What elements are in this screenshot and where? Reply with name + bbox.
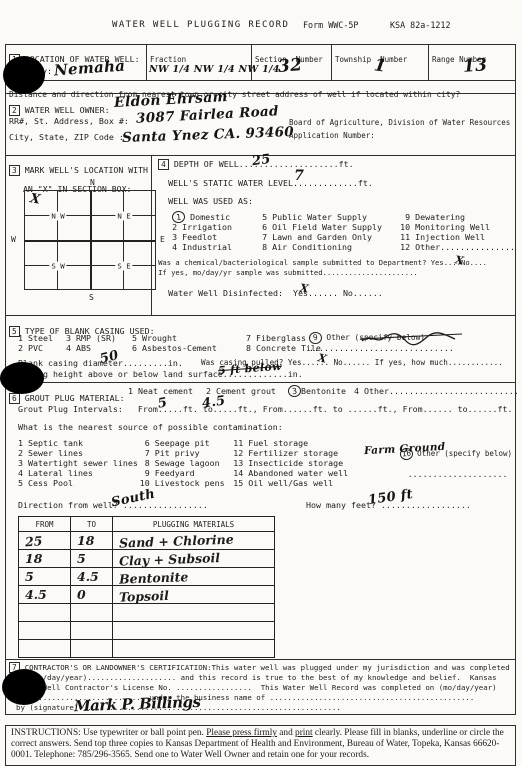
- contamination-other-dots: ....................: [408, 469, 508, 479]
- table-row: 185Clay + Subsoil: [19, 550, 275, 568]
- contamination-item: 12 Fertilizer storage: [233, 448, 338, 458]
- cell-material: Topsoil: [113, 584, 274, 605]
- section-well-depth: 4DEPTH OF WELL....................ft. 25…: [152, 156, 515, 315]
- contamination-question: What is the nearest source of possible c…: [18, 422, 283, 432]
- contamination-item: 7 Pit privy: [140, 448, 200, 458]
- casing-item: 5 Wrought: [132, 333, 177, 343]
- contamination-col1: 1 Septic tank2 Sewer lines3 Watertight s…: [18, 438, 140, 499]
- used-as-col3: 9 Dewatering10 Monitoring Well11 Injecti…: [400, 212, 515, 252]
- address-label: RR#, St. Address, Box #:: [9, 116, 129, 126]
- application-number-label: Application Number:: [289, 131, 375, 141]
- col-from: FROM: [19, 517, 71, 532]
- range-cell: Range Number 13: [428, 45, 515, 80]
- col-materials: PLUGGING MATERIALS: [113, 517, 275, 532]
- section-number-6: 6: [9, 393, 20, 404]
- cell-to: 0: [71, 587, 112, 602]
- used-as-item: 9 Dewatering: [400, 212, 465, 222]
- county-value: Nemaha: [53, 57, 125, 80]
- sample-date-line: If yes, mo/day/yr sample was submitted..…: [158, 268, 515, 278]
- section-number-value: 32: [277, 55, 303, 77]
- used-as-item: 7 Lawn and Garden Only: [262, 232, 372, 242]
- table-row: [19, 640, 275, 658]
- fraction-label: Fraction: [150, 55, 186, 64]
- plugging-table: FROM TO PLUGGING MATERIALS 2518Sand + Ch…: [18, 516, 275, 658]
- cell-to: 5: [71, 551, 112, 566]
- contamination-item: 5 Cess Pool: [18, 478, 73, 488]
- section-number-cell: Section Number 32: [251, 45, 331, 80]
- range-value: 13: [462, 55, 488, 77]
- circled-option-3: 3: [287, 384, 301, 397]
- cell-to: 18: [71, 533, 112, 548]
- disinfected-yes-x: X: [299, 281, 310, 295]
- instructions-text: and: [277, 728, 295, 738]
- casing-item: 4 ABS: [66, 343, 91, 353]
- contamination-item: 1 Septic tank: [18, 438, 83, 448]
- township-value: 1: [373, 55, 388, 76]
- contamination-item: 13 Insecticide storage: [233, 458, 343, 468]
- col-to: TO: [71, 517, 113, 532]
- plugging-table-header: FROM TO PLUGGING MATERIALS: [19, 517, 275, 532]
- cell-material: Clay + Subsoil: [113, 548, 274, 569]
- casing-item: 2 PVC: [18, 343, 43, 353]
- compass-west-label: W: [11, 235, 16, 244]
- township-label: Township Number: [335, 55, 407, 64]
- contamination-item: 2 Sewer lines: [18, 448, 83, 458]
- cell-from: 18: [19, 551, 70, 566]
- contamination-item: 3 Watertight sewer lines: [18, 458, 138, 468]
- section-number-2: 2: [9, 105, 20, 116]
- section-owner: 2WATER WELL OWNER: Eldon Ehrsam RR#, St.…: [6, 94, 515, 156]
- used-as-col1: 1 Domestic2 Irrigation3 Feedlot4 Industr…: [172, 212, 262, 252]
- used-as-item: 6 Oil Field Water Supply: [262, 222, 382, 232]
- compass-north-label: N: [90, 178, 95, 187]
- disinfected-line: Water Well Disinfected: Yes...... No....…: [168, 288, 515, 298]
- contamination-item: 11 Fuel storage: [233, 438, 308, 448]
- section-row-3-4: 3MARK WELL'S LOCATION WITH AN "X" IN SEC…: [6, 156, 515, 316]
- form-statute: KSA 82a-1212: [390, 20, 451, 30]
- certification-line1: CONTRACTOR'S OR LANDOWNER'S CERTIFICATIO…: [25, 663, 510, 672]
- quadrant-sw-label: S W: [49, 262, 66, 271]
- well-location-x-mark: X: [29, 191, 42, 208]
- depth-value: 25: [251, 152, 272, 169]
- instructions-box: INSTRUCTIONS: Use typewriter or ball poi…: [5, 725, 516, 766]
- casing-item: 3 RMP (SR): [66, 333, 116, 343]
- contamination-item: 15 Oil well/Gas well: [233, 478, 333, 488]
- casing-item: 1 Steel: [18, 333, 53, 343]
- grid-line: [25, 240, 155, 242]
- redaction-blob: [3, 56, 45, 94]
- mark-title-line1: MARK WELL'S LOCATION WITH: [25, 165, 148, 175]
- location-columns: 1LOCATION OF WATER WELL: y: Nemaha Fract…: [6, 45, 515, 81]
- contamination-col4: 16 Other (specify below) ...............…: [350, 438, 512, 499]
- section-mark-location: 3MARK WELL'S LOCATION WITH AN "X" IN SEC…: [6, 156, 152, 315]
- form-number: Form WWC-5P: [303, 20, 358, 30]
- casing-item: 7 Fiberglass: [246, 333, 306, 343]
- used-as-col2: 5 Public Water Supply6 Oil Field Water S…: [262, 212, 400, 252]
- section-number-3: 3: [9, 165, 20, 176]
- casing-item: 6 Asbestos-Cement: [132, 343, 217, 353]
- contamination-item: 6 Seepage pit: [140, 438, 210, 448]
- section-location: 1LOCATION OF WATER WELL: y: Nemaha Fract…: [6, 45, 515, 94]
- scanned-form-page: WATER WELL PLUGGING RECORD Form WWC-5P K…: [0, 0, 522, 766]
- grid-line: [25, 265, 155, 266]
- contamination-col3: 11 Fuel storage12 Fertilizer storage13 I…: [233, 438, 349, 499]
- owner-label: WATER WELL OWNER:: [25, 105, 110, 115]
- quadrant-nw-label: N W: [49, 212, 66, 221]
- instructions-text: INSTRUCTIONS: Use typewriter or ball poi…: [11, 728, 206, 738]
- table-row: [19, 604, 275, 622]
- grout-intervals-line: Grout Plug Intervals: From.....ft. to...…: [18, 404, 513, 414]
- compass-south-label: S: [89, 293, 94, 302]
- quadrant-se-label: S E: [115, 262, 132, 271]
- cell-from: 4.5: [19, 587, 70, 602]
- city-label: City, State, ZIP Code :: [9, 132, 124, 142]
- used-as-label: WELL WAS USED AS:: [168, 196, 515, 206]
- cell-material: Sand + Chlorine: [113, 530, 274, 551]
- contamination-item: 9 Feedyard: [140, 468, 195, 478]
- grout-item: 1 Neat cement: [128, 386, 193, 396]
- cell-from: 5: [19, 569, 70, 584]
- used-as-item: Domestic: [185, 212, 230, 222]
- contamination-item: 8 Sewage lagoon: [140, 458, 220, 468]
- certification-line2: on (mo/day/year).................... and…: [16, 673, 497, 683]
- used-as-item: 4 Industrial: [172, 242, 232, 252]
- static-level-value: 7: [294, 168, 304, 184]
- agency-label: Board of Agriculture, Division of Water …: [289, 118, 510, 128]
- township-cell: Township Number 1: [331, 45, 428, 80]
- cell-to: 4.5: [71, 569, 112, 584]
- fraction-cell: Fraction NW 1/4 NW 1/4 NW 1/4: [146, 45, 251, 80]
- used-as-item: 5 Public Water Supply: [262, 212, 367, 222]
- grout-item-bentonite: Bentonite: [301, 386, 346, 396]
- used-as-item: 11 Injection Well: [400, 232, 485, 242]
- used-as-lists: 1 Domestic2 Irrigation3 Feedlot4 Industr…: [172, 212, 515, 252]
- table-row: [19, 622, 275, 640]
- section-number-4: 4: [158, 159, 169, 170]
- instructions-underline2: print: [295, 728, 313, 738]
- certification-line3: Water Well Contractor's License No. ....…: [16, 683, 497, 693]
- used-as-item: 2 Irrigation: [172, 222, 232, 232]
- redaction-blob: [2, 669, 46, 705]
- section-box-grid: N W N E S W S E X: [24, 190, 156, 290]
- city-value: Santa Ynez CA. 93460: [122, 124, 294, 146]
- section-casing: 5TYPE OF BLANK CASING USED: 1 Steel 3 RM…: [6, 316, 515, 383]
- scrawled-text-graphic: [358, 328, 468, 348]
- form-title: WATER WELL PLUGGING RECORD: [112, 20, 289, 30]
- instructions-underline1: Please press firmly: [206, 728, 277, 738]
- grout-item: 4 Other..........................: [354, 386, 519, 396]
- section-certification: 7CONTRACTOR'S OR LANDOWNER'S CERTIFICATI…: [6, 660, 515, 714]
- grid-line: [25, 215, 155, 216]
- used-as-item: 12 Other...............: [400, 242, 515, 252]
- table-row: 4.50Topsoil: [19, 586, 275, 604]
- used-as-item: 3 Feedlot: [172, 232, 217, 242]
- redaction-blob: [0, 362, 44, 394]
- used-as-item: 10 Monitoring Well: [400, 222, 490, 232]
- interval-from-value: 5: [157, 395, 169, 411]
- grout-title: GROUT PLUG MATERIAL:: [25, 393, 125, 403]
- form-body: 1LOCATION OF WATER WELL: y: Nemaha Fract…: [5, 44, 516, 715]
- cell-material: Bentonite: [113, 566, 274, 587]
- static-level-label: WELL'S STATIC WATER LEVEL.............ft…: [168, 178, 515, 188]
- contamination-lists: 1 Septic tank2 Sewer lines3 Watertight s…: [18, 438, 512, 499]
- quadrant-ne-label: N E: [115, 212, 132, 221]
- contamination-item: 4 Lateral lines: [18, 468, 93, 478]
- table-row: 54.5Bentonite: [19, 568, 275, 586]
- used-as-item: 8 Air Conditioning: [262, 242, 352, 252]
- section-grout: 6GROUT PLUG MATERIAL: 1 Neat cement 2 Ce…: [6, 383, 515, 660]
- contamination-item: 14 Abandoned water well: [233, 468, 348, 478]
- cell-from: 25: [19, 531, 71, 550]
- table-row: 2518Sand + Chlorine: [19, 532, 275, 550]
